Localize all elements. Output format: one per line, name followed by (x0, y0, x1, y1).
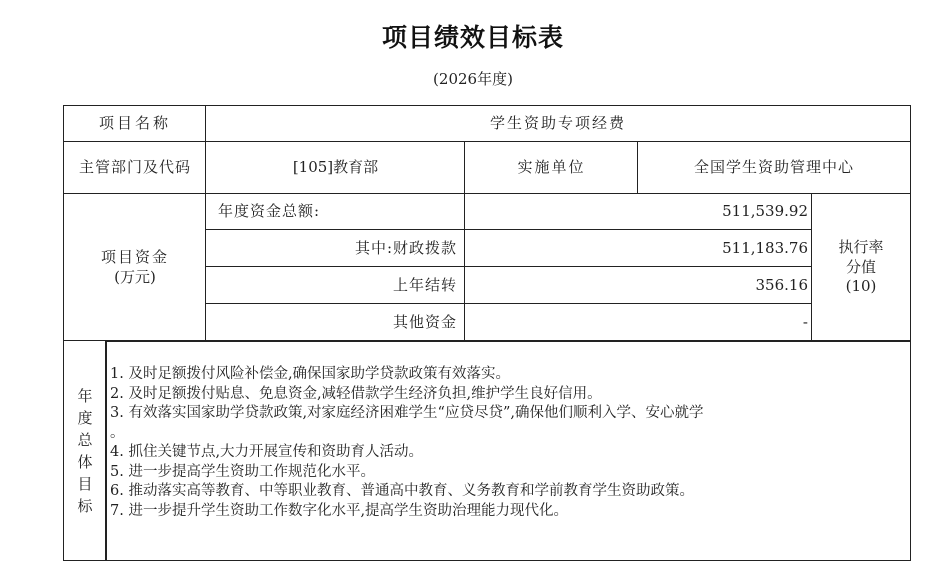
fund-total-value: 511,539.92 (464, 193, 813, 231)
fund-total-label: 年度资金总额: (205, 193, 466, 231)
fund-carryover-label: 上年结转 (205, 266, 466, 305)
fund-other-label: 其他资金 (205, 303, 466, 342)
impl-unit-value: 全国学生资助管理中心 (637, 141, 911, 195)
dept-value: [105]教育部 (205, 141, 466, 195)
goals-content: 1. 及时足额拨付风险补偿金,确保国家助学贷款政策有效落实。 2. 及时足额拨付… (105, 340, 911, 561)
dept-label: 主管部门及代码 (63, 141, 207, 195)
exec-rate-score: 执行率 分值 (10) (811, 193, 911, 342)
fund-fiscal-value-text: 511,183.76 (722, 239, 808, 259)
impl-unit-value-text: 全国学生资助管理中心 (694, 158, 854, 178)
impl-unit-label: 实施单位 (464, 141, 639, 195)
fund-fiscal-value: 511,183.76 (464, 229, 813, 268)
impl-unit-label-text: 实施单位 (517, 158, 585, 178)
goal-item: 5. 进一步提高学生资助工作规范化水平。 (110, 463, 910, 483)
fund-other-value-text: - (803, 313, 808, 333)
exec-rate-line3: (10) (846, 277, 877, 297)
exec-rate-line1: 执行率 (838, 238, 883, 258)
goals-label-char: 年 (77, 385, 93, 407)
document-title: 项目绩效目标表 (0, 18, 946, 54)
fund-total-value-text: 511,539.92 (722, 202, 808, 222)
goals-label-char: 目 (77, 473, 93, 495)
project-name-label: 项目名称 (63, 105, 207, 143)
goal-item: 。 (110, 424, 910, 444)
project-name-value: 学生资助专项经费 (205, 105, 911, 143)
goals-label: 年 度 总 体 目 标 (63, 340, 107, 561)
fund-other-label-text: 其他资金 (393, 313, 457, 333)
goal-item: 7. 进一步提升学生资助工作数字化水平,提高学生资助治理能力现代化。 (110, 502, 910, 522)
fund-fiscal-label-text: 其中:财政拨款 (355, 239, 457, 259)
funds-label: 项目资金 (万元) (63, 193, 207, 342)
dept-label-text: 主管部门及代码 (79, 158, 191, 178)
fund-other-value: - (464, 303, 813, 342)
goal-item: 4. 抓住关键节点,大力开展宣传和资助育人活动。 (110, 443, 910, 463)
fund-carryover-value-text: 356.16 (756, 276, 809, 296)
project-name-value-text: 学生资助专项经费 (490, 114, 626, 134)
fund-carryover-label-text: 上年结转 (393, 276, 457, 296)
fund-carryover-value: 356.16 (464, 266, 813, 305)
goals-label-char: 标 (77, 495, 93, 517)
document-subtitle: (2026年度) (0, 68, 946, 89)
goals-label-char: 总 (77, 429, 93, 451)
exec-rate-line2: 分值 (846, 258, 876, 278)
project-name-label-text: 项目名称 (99, 114, 171, 134)
goal-item: 2. 及时足额拨付贴息、免息资金,减轻借款学生经济负担,维护学生良好信用。 (110, 385, 910, 405)
funds-label-line1: 项目资金 (101, 248, 169, 268)
fund-fiscal-label: 其中:财政拨款 (205, 229, 466, 268)
dept-value-text: [105]教育部 (293, 158, 378, 178)
fund-total-label-text: 年度资金总额: (218, 202, 320, 222)
funds-label-line2: (万元) (114, 268, 156, 288)
goal-item: 1. 及时足额拨付风险补偿金,确保国家助学贷款政策有效落实。 (110, 365, 910, 385)
goals-label-char: 体 (77, 451, 93, 473)
goal-item: 6. 推动落实高等教育、中等职业教育、普通高中教育、义务教育和学前教育学生资助政… (110, 482, 910, 502)
goals-label-char: 度 (77, 407, 93, 429)
goal-item: 3. 有效落实国家助学贷款政策,对家庭经济困难学生“应贷尽贷”,确保他们顺利入学… (110, 404, 910, 424)
